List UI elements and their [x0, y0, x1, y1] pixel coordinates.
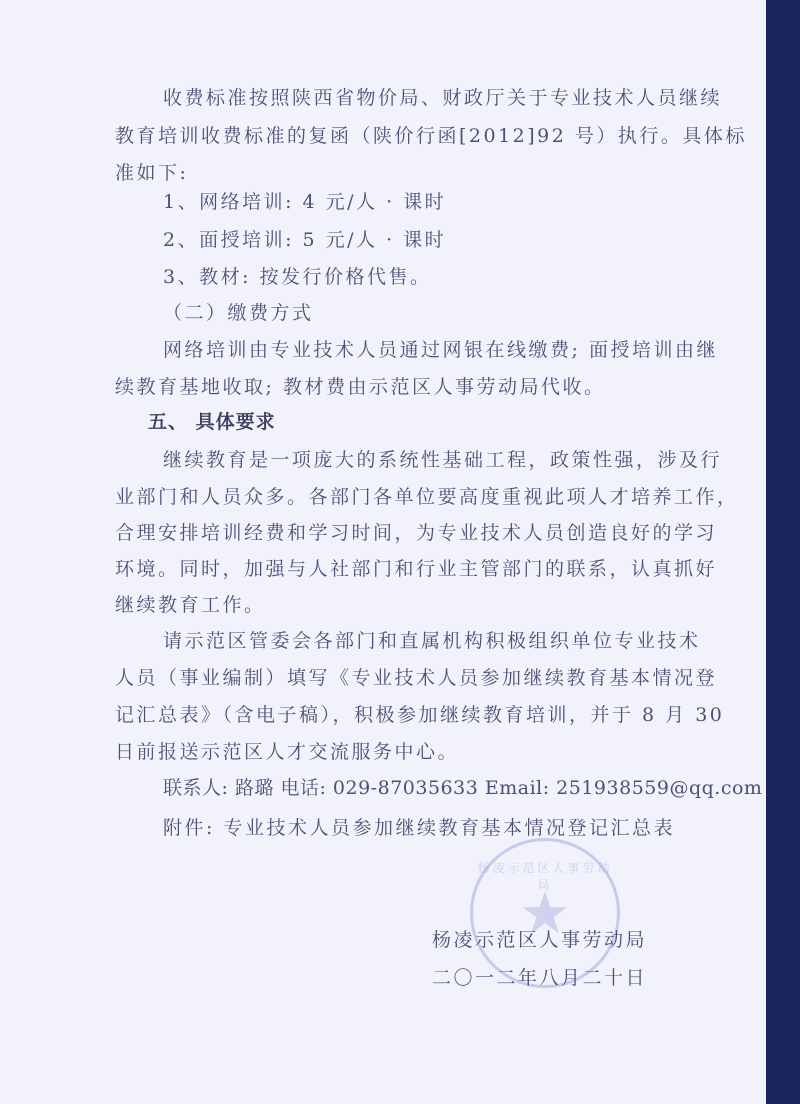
- section5-heading: 五、 具体要求: [148, 410, 276, 434]
- section5-paragraph-line-3: 合理安排培训经费和学习时间，为专业技术人员创造良好的学习: [115, 521, 717, 545]
- section5-paragraph-line-4: 环境。同时，加强与人社部门和行业主管部门的联系，认真抓好: [115, 557, 717, 581]
- scanned-page: 收费标准按照陕西省物价局、财政厅关于专业技术人员继续 教育培训收费标准的复函（陕…: [0, 0, 766, 1104]
- fee-item-materials: 3、教材: 按发行价格代售。: [163, 265, 432, 289]
- section5-paragraph-line-2: 业部门和人员众多。各部门各单位要高度重视此项人才培养工作，: [115, 485, 739, 509]
- signature-organization: 杨凌示范区人事劳动局: [432, 928, 647, 952]
- request-paragraph-line-4: 日前报送示范区人才交流服务中心。: [115, 740, 459, 764]
- fee-item-online: 1、网络培训: 4 元/人 · 课时: [163, 190, 446, 214]
- signature-date: 二〇一二年八月二十日: [432, 966, 647, 990]
- contact-line: 联系人: 路璐 电话: 029-87035633 Email: 25193855…: [163, 776, 762, 800]
- scanner-edge-bar: [766, 0, 800, 1104]
- payment-paragraph-line-2: 续教育基地收取; 教材费由示范区人事劳动局代收。: [115, 375, 605, 399]
- payment-heading: （二）缴费方式: [163, 301, 314, 325]
- fee-item-in-person: 2、面授培训: 5 元/人 · 课时: [163, 228, 446, 252]
- fee-paragraph-line-2: 教育培训收费标准的复函（陕价行函[2012]92 号）执行。具体标: [115, 124, 747, 148]
- request-paragraph-line-1: 请示范区管委会各部门和直属机构积极组织单位专业技术: [163, 629, 701, 653]
- attachment-line: 附件: 专业技术人员参加继续教育基本情况登记汇总表: [163, 816, 675, 840]
- request-paragraph-line-2: 人员（事业编制）填写《专业技术人员参加继续教育基本情况登: [115, 666, 717, 690]
- section5-paragraph-line-1: 继续教育是一项庞大的系统性基础工程，政策性强，涉及行: [163, 448, 722, 472]
- section5-paragraph-line-5: 继续教育工作。: [115, 593, 266, 617]
- payment-paragraph-line-1: 网络培训由专业技术人员通过网银在线缴费; 面授培训由继: [163, 338, 718, 362]
- fee-paragraph-line-1: 收费标准按照陕西省物价局、财政厅关于专业技术人员继续: [163, 86, 722, 110]
- request-paragraph-line-3: 记汇总表》（含电子稿），积极参加继续教育培训，并于 8 月 30: [115, 703, 724, 727]
- fee-paragraph-line-3: 准如下:: [115, 161, 188, 185]
